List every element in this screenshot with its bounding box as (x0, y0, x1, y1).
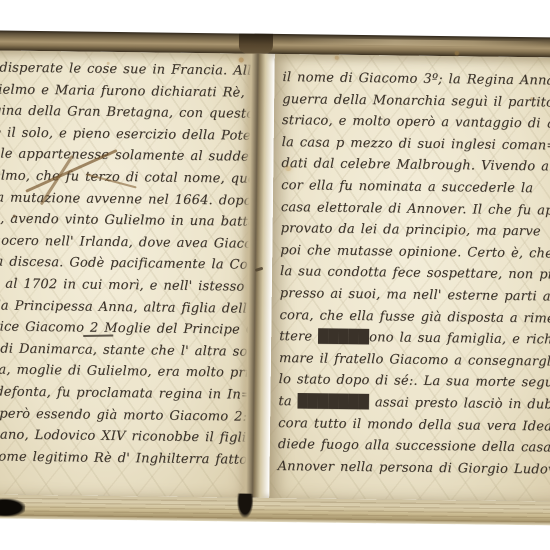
text-line: i come legitimo Rè d' Inghilterra fatto (0, 446, 256, 471)
open-book: e disperate le cose sue in Francia. Allo… (0, 30, 550, 525)
right-page-text: il nome di Giacomo 3º; la Regina Anna, n… (277, 67, 550, 481)
left-page-text: e disperate le cose sue in Francia. Allo… (0, 57, 256, 471)
bottom-left-notch (0, 498, 25, 516)
text-line: egina della Gran Bretagna, con questo pò… (0, 100, 256, 125)
text-line: he, avendo vinto Gulielmo in una battagl… (0, 208, 256, 233)
text-line: no al 1702 in cui morì, e nell' istesso … (0, 273, 256, 298)
text-line: Annover nella persona di Giorgio Ludovic… (277, 456, 550, 482)
manuscript-photo: e disperate le cose sue in Francia. Allo… (0, 0, 550, 550)
bottom-center-notch (237, 494, 253, 518)
text-line: lielmo, che fu terzo di cotal nome, que= (0, 165, 256, 190)
right-page: il nome di Giacomo 3º; la Regina Anna, n… (269, 54, 550, 502)
text-line: felice Giacomo 2 Moglie del Principe Gio… (0, 316, 256, 341)
text-line: e disperate le cose sue in Francia. Allo… (0, 57, 256, 82)
page-spread: e disperate le cose sue in Francia. Allo… (0, 50, 550, 501)
text-line: rmano, Lodovico XIV riconobbe il figlio … (0, 424, 256, 449)
binding-highlight (291, 38, 550, 47)
spine-fold-notch (239, 33, 273, 53)
left-page: e disperate le cose sue in Francia. Allo… (0, 50, 256, 497)
text-line: a defonta, fu proclamata regina in In= (0, 381, 256, 406)
gutter-shadow (238, 54, 275, 498)
